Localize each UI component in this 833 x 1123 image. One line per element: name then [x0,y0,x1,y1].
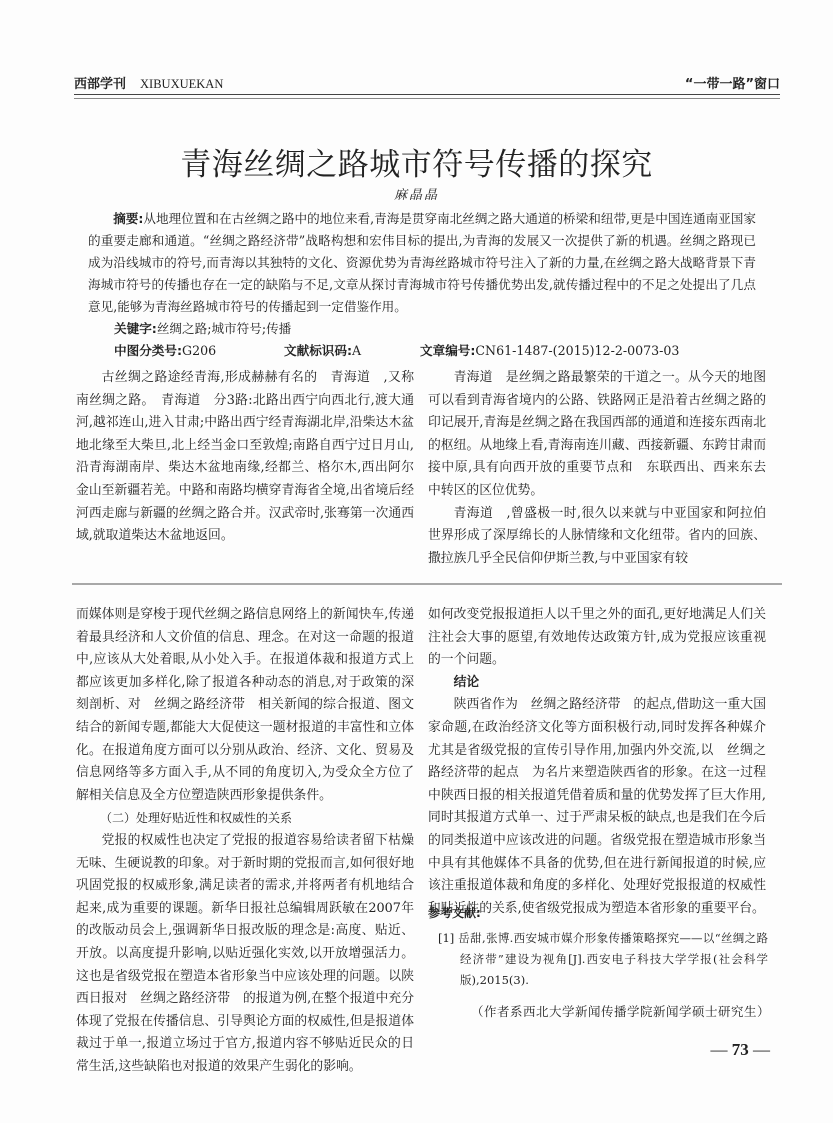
body-paragraph: 如何改变党报报道拒人以千里之外的面孔,更好地满足人们关注社会大事的愿望,有效地传… [428,604,766,672]
keywords-text: 丝绸之路;城市符号;传播 [157,321,291,336]
header-rule [74,94,780,99]
running-header: 西部学刊 XIBUXUEKAN “一带一路”窗口 [74,72,780,92]
upper-left-column: 古丝绸之路途经青海,形成赫赫有名的 青海道 ,又称南丝绸之路。 青海道 分3路:… [76,367,414,548]
section-divider [72,583,782,585]
author-affiliation: （作者系西北大学新闻传播学院新闻学硕士研究生） [430,1002,770,1020]
body-paragraph: 古丝绸之路途经青海,形成赫赫有名的 青海道 ,又称南丝绸之路。 青海道 分3路:… [76,367,414,548]
body-paragraph: 青海道 是丝绸之路最繁荣的干道之一。从今天的地图可以看到青海省境内的公路、铁路网… [428,367,766,503]
body-paragraph: 党报的权威性也决定了党报的报道容易给读者留下枯燥无味、生硬说教的印象。对于新时期… [76,830,414,1079]
conclusion-heading: 结论 [428,672,766,695]
journal-name: 西部学刊 XIBUXUEKAN [74,73,223,92]
article-title: 青海丝绸之路城市符号传播的探究 [0,139,833,184]
keywords: 关键字:丝绸之路;城市符号;传播 [88,318,756,340]
abstract-block: 摘要:从地理位置和在古丝绸之路中的地位来看,青海是贯穿南北丝绸之路大通道的桥梁和… [88,208,756,362]
lower-right-column: 如何改变党报报道拒人以千里之外的面孔,更好地满足人们关注社会大事的愿望,有效地传… [428,604,766,920]
abstract-text: 从地理位置和在古丝绸之路中的地位来看,青海是贯穿南北丝绸之路大通道的桥梁和纽带,… [88,211,756,314]
clc-number: 中图分类号:G206 [114,340,284,362]
abstract-label: 摘要: [113,211,143,226]
body-paragraph: 陕西省作为 丝绸之路经济带 的起点,借助这一重大国家命题,在政治经济文化等方面积… [428,694,766,920]
article-number: 文章编号:CN61-1487-(2015)12-2-0073-03 [420,340,679,362]
lower-left-column: 而媒体则是穿梭于现代丝绸之路信息网络上的新闻快车,传递着最具经济和人文价值的信息… [76,604,414,1078]
body-paragraph: 青海道 ,曾盛极一时,很久以来就与中亚国家和阿拉伯世界形成了深厚绵长的人脉情缘和… [428,503,766,571]
page-number: — 73 — [690,1040,770,1060]
author: 麻晶晶 [0,184,833,203]
abstract: 摘要:从地理位置和在古丝绸之路中的地位来看,青海是贯穿南北丝绸之路大通道的桥梁和… [88,208,756,318]
body-paragraph: 而媒体则是穿梭于现代丝绸之路信息网络上的新闻快车,传递着最具经济和人文价值的信息… [76,604,414,807]
journal-name-cn: 西部学刊 [74,73,126,92]
column-name: “一带一路”窗口 [685,73,780,92]
references-title: 参考文献: [428,903,768,924]
subheading: （二）处理好贴近性和权威性的关系 [76,807,414,830]
keywords-label: 关键字: [114,321,157,336]
references: 参考文献: [1] 岳甜,张博.西安城市媒介形象传播策略探究——以“丝绸之路经济… [428,903,768,991]
reference-item: [1] 岳甜,张博.西安城市媒介形象传播策略探究——以“丝绸之路经济带”建设为视… [428,928,768,991]
classification-row: 中图分类号:G206 文献标识码:A 文章编号:CN61-1487-(2015)… [88,340,756,362]
upper-right-column: 青海道 是丝绸之路最繁荣的干道之一。从今天的地图可以看到青海省境内的公路、铁路网… [428,367,766,570]
document-code: 文献标识码:A [284,340,420,362]
journal-name-en: XIBUXUEKAN [140,77,223,92]
